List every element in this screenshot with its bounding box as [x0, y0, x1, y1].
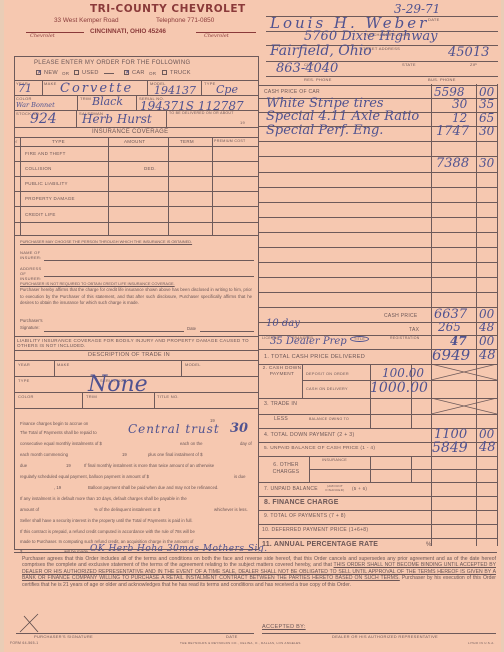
grid-line: [14, 235, 259, 236]
grid-line: [14, 336, 259, 337]
trade-in-title: DESCRIPTION OF TRADE IN: [88, 352, 170, 358]
grid-line: [259, 510, 497, 511]
grid-line: [259, 217, 497, 218]
truck-checkbox[interactable]: [162, 70, 167, 75]
finance-terms-line: is due: [234, 474, 245, 481]
insurance-row-label: COLLISION: [25, 166, 52, 171]
dealer-signature-label: DEALER OR HIS AUTHORIZED REPRESENTATIVE: [332, 634, 438, 639]
unpaid-balance-dollars[interactable]: 5849: [432, 440, 468, 456]
grid-line: [259, 524, 497, 525]
finance-terms-line: each month commencing: [20, 452, 68, 459]
finance-terms-line: 19: [122, 452, 127, 459]
trade-in-line-label: 3. TRADE IN: [264, 401, 297, 407]
trade-type-label: TYPE: [18, 378, 30, 383]
cash-price-label: CASH PRICE: [384, 313, 418, 319]
installments-count[interactable]: 30: [230, 421, 248, 436]
make-label: MAKE: [44, 81, 57, 86]
grid-line: [14, 191, 259, 192]
street-address[interactable]: 5760 Dixie Highway: [304, 29, 438, 44]
total-down-payment-cents[interactable]: 00: [479, 427, 494, 441]
insurance-row-label: PROPERTY DAMAGE: [25, 196, 75, 201]
option-description[interactable]: Special 4.11 Axle Ratio: [266, 109, 419, 124]
grid-vline: [181, 360, 182, 376]
finance-terms-line: , 19: [54, 485, 61, 492]
finance-charge-label: 8. FINANCE CHARGE: [264, 499, 339, 506]
deposit-label: DEPOSIT ON ORDER: [306, 372, 349, 376]
premium-column-header: PREMIUM COST: [214, 139, 246, 143]
grid-line: [259, 202, 497, 203]
cash-price-cents[interactable]: 00: [479, 307, 494, 321]
delivery-label: TO BE DELIVERED ON OR ABOUT: [169, 111, 234, 115]
title-label-circled: TITLE: [350, 336, 369, 342]
legal-terms: Purchaser agrees that this Order include…: [22, 556, 496, 588]
zip-label: ZIP: [470, 62, 477, 67]
deductible-label: DED.: [144, 166, 156, 171]
tax-dollars[interactable]: 265: [438, 320, 461, 334]
deferred-payment-price-label: 10. DEFERRED PAYMENT PRICE (1+6+8): [262, 527, 368, 533]
grid-vline: [166, 110, 167, 127]
subtotal-cents[interactable]: 30: [479, 156, 494, 170]
grid-vline: [77, 95, 78, 110]
grid-vline: [154, 392, 155, 408]
insurer-address-label: ADDRESS OF INSURER:: [20, 266, 46, 281]
zip-code[interactable]: 45013: [448, 45, 489, 60]
dealer-city: CINCINNATI, OHIO 45246: [90, 28, 166, 35]
finance-terms-line: consecutive equal monthly instalments of…: [20, 441, 102, 448]
trade-year-label: YEAR: [18, 362, 30, 367]
insurance-row-label: FIRE AND THEFT: [25, 151, 66, 156]
purchaser-signature-label: Purchaser's Signature:: [20, 318, 44, 331]
total-cash-price-cents[interactable]: 48: [479, 348, 496, 363]
grid-line: [259, 414, 497, 415]
new-label: NEW: [44, 70, 58, 76]
grid-line: [259, 232, 497, 233]
liability-notice: LIABILITY INSURANCE COVERAGE FOR BODILY …: [17, 338, 257, 348]
finance-terms-line: 19: [66, 463, 71, 470]
grid-line: [259, 538, 497, 539]
make-value[interactable]: Corvette: [60, 81, 133, 96]
registration-label: REGISTRATION: [390, 336, 420, 340]
logo-rule-right: [196, 32, 256, 33]
logo-rule-left: [26, 32, 84, 33]
year-value[interactable]: 71: [18, 82, 32, 95]
grid-line: [14, 137, 259, 138]
total-of-payments-label: 9. TOTAL OF PAYMENTS (7 + 8): [264, 513, 346, 519]
grid-vline: [212, 137, 213, 235]
cash-down-payment-label: 2. CASH DOWN PAYMENT: [262, 366, 302, 378]
grid-line: [259, 277, 497, 278]
registration-cents[interactable]: 00: [479, 334, 494, 348]
type-label: TYPE: [204, 81, 216, 86]
cash-price-of-car-label: CASH PRICE OF CAR: [264, 89, 320, 95]
option-cents[interactable]: 35: [479, 97, 494, 111]
balance-owing-label: BALANCE OWING TO: [309, 417, 349, 421]
grid-vline: [168, 137, 169, 235]
insurer-name-line: [44, 260, 254, 261]
finance-terms-line: due: [20, 463, 27, 470]
city-state[interactable]: Fairfield, Ohio: [270, 43, 372, 59]
right-column-rule: [497, 84, 498, 546]
or-label-2: OR: [149, 71, 156, 76]
cod-label: CASH ON DELIVERY: [306, 387, 348, 391]
grid-vline: [411, 414, 412, 428]
total-down-payment-label: 4. TOTAL DOWN PAYMENT (2 + 3): [264, 432, 355, 438]
amount-financed-label: 7. UNPAID BALANCE: [264, 486, 318, 492]
finance-terms-line: The Total of Payments shall be repaid to: [20, 430, 97, 437]
grid-vline: [42, 80, 43, 95]
finance-terms-line: Seller shall have a security interest in…: [20, 518, 193, 525]
grid-line: [14, 350, 259, 351]
trim-label: TRIM: [80, 96, 91, 101]
residence-phone[interactable]: 863-4040: [276, 61, 338, 76]
deposit-value[interactable]: 100.00: [382, 366, 424, 380]
finance-terms-line: day of: [240, 441, 252, 448]
grid-line: [14, 360, 259, 361]
grid-vline: [108, 137, 109, 235]
grid-line: [14, 161, 259, 162]
phone-line: [266, 76, 498, 77]
dealer-telephone: Telephone 771-0850: [156, 17, 214, 24]
term-column-header: TERM: [180, 139, 194, 144]
credit-life-date-line[interactable]: [200, 331, 254, 332]
type-column-header: TYPE: [52, 139, 65, 144]
registration-note[interactable]: 35 Dealer Prep: [270, 336, 347, 347]
grid-line: [259, 172, 497, 173]
finance-terms-line: % of the delinquent instalment or $: [94, 507, 160, 514]
option-cents[interactable]: 65: [479, 111, 494, 125]
grid-vline: [302, 364, 303, 398]
amount-column-header: AMOUNT: [124, 139, 145, 144]
litho-mark: LITHO IN U.S.A.: [468, 641, 495, 645]
dealer-address: 33 West Kemper Road: [54, 17, 119, 24]
grid-line: [14, 392, 259, 393]
trade-trim-label: TRIM: [86, 394, 97, 399]
grid-line: [259, 141, 497, 142]
car-checkbox[interactable]: ✕: [124, 70, 129, 75]
trade-title-label: TITLE NO.: [157, 394, 179, 399]
trade-model-label: MODEL: [185, 362, 201, 367]
subtotal-dollars[interactable]: 7388: [436, 156, 469, 171]
cod-value[interactable]: 1000.00: [370, 380, 428, 396]
repaid-to-value[interactable]: Central trust: [128, 422, 220, 436]
insurer-choice-notice: PURCHASER MAY CHOOSE THE PERSON THROUGH …: [20, 239, 192, 244]
grid-line: [14, 127, 259, 128]
stock-value[interactable]: 924: [30, 111, 57, 127]
trim-value[interactable]: Black: [92, 95, 123, 108]
check-column-header: √: [15, 139, 18, 144]
grid-line: [14, 222, 259, 223]
used-checkbox[interactable]: [74, 70, 79, 75]
chevrolet-logo-left: Chevrolet: [30, 33, 55, 39]
grid-line: [14, 206, 259, 207]
salesman-value[interactable]: Herb Hurst: [82, 112, 152, 126]
purchase-order-form: TRI-COUNTY CHEVROLET 33 West Kemper Road…: [4, 0, 501, 652]
finance-terms-line: If final monthly instalment is more than…: [84, 463, 214, 470]
truck-label: TRUCK: [170, 70, 191, 76]
grid-line: [309, 469, 497, 470]
purchaser-signature-label: PURCHASER'S SIGNATURE: [34, 634, 93, 639]
finance-terms-line: whichever is less.: [214, 507, 248, 514]
option-dollars[interactable]: 1747: [436, 124, 469, 139]
grid-line: [259, 247, 497, 248]
insurer-address-line: [44, 276, 254, 277]
credit-life-notice: PURCHASER IS NOT REQUIRED TO OBTAIN CRED…: [20, 281, 175, 286]
grid-vline: [82, 392, 83, 408]
grid-line: [259, 496, 497, 497]
grid-line: [259, 456, 497, 457]
apr-label: 11. ANNUAL PERCENTAGE RATE: [262, 541, 378, 548]
printer-credit: THE REYNOLDS & REYNOLDS CO., CELINA, O.,…: [180, 641, 301, 645]
apr-percent-sign: %: [426, 542, 432, 548]
finance-terms-line: amount of: [20, 507, 39, 514]
other-insurance-label: INSURANCE: [322, 458, 347, 462]
grid-vline: [370, 414, 371, 428]
grid-line: [14, 176, 259, 177]
color-value[interactable]: War Bonnet: [16, 101, 55, 109]
insurance-row-label: CREDIT LIFE: [25, 212, 56, 217]
tax-note[interactable]: 10 day: [266, 318, 300, 329]
trade-color-label: COLOR: [18, 394, 34, 399]
credit-life-date-label: Date: [187, 326, 196, 333]
signature-date-label: DATE: [226, 634, 238, 639]
grid-line: [14, 408, 259, 409]
crossed-out-cell-icon: [431, 364, 497, 380]
trade-make-label: MAKE: [57, 362, 70, 367]
credit-life-signature-line[interactable]: [44, 331, 184, 332]
bus-phone-label: BUS. PHONE: [428, 77, 456, 82]
form-number: FORM 64-565-1: [10, 641, 38, 645]
grid-vline: [20, 137, 21, 235]
option-dollars[interactable]: 12: [452, 111, 467, 125]
total-cash-price-label: 1. TOTAL CASH PRICE DELIVERED: [264, 354, 365, 360]
grid-line: [259, 292, 497, 293]
grid-line: [259, 482, 497, 483]
amount-financed-formula: (5 + 6): [352, 486, 367, 491]
finance-terms-line: Finance charges begin to accrue on: [20, 421, 88, 428]
total-cash-price-dollars[interactable]: 6949: [432, 346, 470, 364]
grid-vline: [54, 360, 55, 376]
car-label: CAR: [132, 70, 145, 76]
other-charges-label: 6. OTHER CHARGES: [266, 462, 306, 476]
delivery-year: 19: [240, 120, 245, 125]
finance-terms-line: Balloon payment shall be paid when due a…: [88, 485, 218, 492]
cents-column-rule: [476, 84, 477, 546]
used-label: USED: [82, 70, 99, 76]
finance-terms-line: If any instalment is in default more tha…: [20, 496, 187, 503]
option-description[interactable]: Special Perf. Eng.: [266, 123, 383, 138]
chevrolet-logo-right: Chevrolet: [204, 33, 229, 39]
insurance-row-label: PUBLIC LIABILITY: [25, 181, 68, 186]
new-checkbox[interactable]: ✕: [36, 70, 41, 75]
state-label: STATE: [402, 62, 416, 67]
insurer-name-label: NAME OF INSURER:: [20, 250, 42, 260]
less-label: LESS: [274, 416, 288, 422]
grid-line: [14, 146, 259, 147]
dollars-column-rule: [431, 84, 432, 546]
grid-line: [14, 552, 497, 553]
insurance-title: INSURANCE COVERAGE: [92, 129, 168, 135]
unpaid-balance-label: 5. UNPAID BALANCE OF CASH PRICE (1 - 4): [264, 446, 375, 451]
grid-vline: [147, 80, 148, 95]
or-label: OR: [62, 71, 69, 76]
finance-terms-line: each on the: [180, 441, 202, 448]
finance-terms-line: regularly scheduled equal payment, ballo…: [20, 474, 149, 481]
dealer-name: TRI-COUNTY CHEVROLET: [90, 3, 246, 15]
grid-vline: [201, 80, 202, 95]
option-dollars[interactable]: 30: [452, 97, 467, 111]
order-heading: PLEASE ENTER MY ORDER FOR THE FOLLOWING: [34, 60, 191, 66]
finance-terms-line: plus one final instalment of $: [148, 452, 202, 459]
unpaid-balance-cents[interactable]: 48: [479, 440, 496, 455]
separator-dash: [104, 73, 114, 74]
option-cents[interactable]: 30: [479, 124, 494, 138]
amount-financed-sublabel: (AMOUNT FINANCED): [324, 485, 346, 492]
grid-line: [259, 187, 497, 188]
crossed-out-cell-icon: [431, 398, 497, 414]
tax-cents[interactable]: 48: [479, 320, 494, 334]
grid-line: [259, 262, 497, 263]
date-label: DATE: [428, 17, 440, 22]
res-phone-label: RES. PHONE: [304, 77, 332, 82]
finance-terms-line: If this contract is prepaid, a refund cr…: [20, 529, 195, 536]
credit-life-affirmation: Purchaser hereby affirms that the charge…: [20, 287, 252, 307]
accepted-by-label: ACCEPTED BY:: [262, 624, 306, 630]
signature-x-mark-icon: [18, 612, 40, 634]
grid-vline: [136, 95, 137, 110]
tax-label: TAX: [409, 327, 419, 333]
grid-vline: [76, 110, 77, 127]
